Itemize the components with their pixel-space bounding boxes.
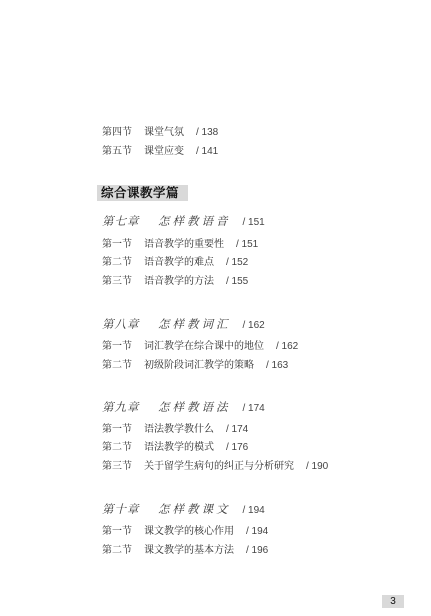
page-ref: / 190 [306, 461, 328, 473]
section-title: 课文教学的基本方法 [144, 545, 234, 557]
page-ref: / 155 [226, 276, 248, 288]
chapter-heading[interactable]: 第十章怎样教课文/ 194 [102, 502, 265, 518]
section-label: 第二节 [102, 442, 144, 454]
section-title: 语音教学的难点 [144, 257, 214, 269]
toc-page: 第四节课堂气氛/ 138 第五节课堂应变/ 141 综合课教学篇 第七章怎样教语… [0, 0, 431, 616]
section-label: 第三节 [102, 276, 144, 288]
chapter-label: 第十章 [102, 502, 158, 516]
section-title: 词汇教学在综合课中的地位 [144, 341, 264, 353]
page-ref: / 138 [196, 127, 218, 139]
section-title: 课文教学的核心作用 [144, 526, 234, 538]
section-label: 第五节 [102, 146, 144, 158]
chapter-title: 怎样教语音 [158, 214, 231, 228]
section-label: 第一节 [102, 424, 144, 436]
section-title: 语法教学教什么 [144, 424, 214, 436]
chapter-heading[interactable]: 第八章怎样教词汇/ 162 [102, 317, 265, 333]
page-ref: / 152 [226, 257, 248, 269]
part-header: 综合课教学篇 [97, 185, 188, 201]
section-title: 关于留学生病句的纠正与分析研究 [144, 461, 294, 473]
section-label: 第一节 [102, 239, 144, 251]
page-ref: / 194 [243, 504, 265, 518]
toc-entry[interactable]: 第二节初级阶段词汇教学的策略/ 163 [102, 360, 288, 372]
page-ref: / 174 [226, 424, 248, 436]
chapter-label: 第九章 [102, 400, 158, 414]
toc-entry[interactable]: 第二节课文教学的基本方法/ 196 [102, 545, 268, 557]
section-title: 语音教学的重要性 [144, 239, 224, 251]
toc-entry[interactable]: 第四节课堂气氛/ 138 [102, 127, 218, 139]
section-label: 第二节 [102, 545, 144, 557]
page-number: 3 [382, 595, 404, 608]
page-ref: / 176 [226, 442, 248, 454]
section-title: 课堂气氛 [144, 127, 184, 139]
chapter-heading[interactable]: 第九章怎样教语法/ 174 [102, 400, 265, 416]
page-ref: / 151 [243, 216, 265, 230]
chapter-title: 怎样教课文 [158, 502, 231, 516]
page-ref: / 196 [246, 545, 268, 557]
toc-entry[interactable]: 第一节语法教学教什么/ 174 [102, 424, 248, 436]
section-label: 第四节 [102, 127, 144, 139]
section-label: 第一节 [102, 341, 144, 353]
toc-entry[interactable]: 第三节语音教学的方法/ 155 [102, 276, 248, 288]
section-label: 第一节 [102, 526, 144, 538]
section-title: 语法教学的模式 [144, 442, 214, 454]
page-ref: / 141 [196, 146, 218, 158]
chapter-title: 怎样教语法 [158, 400, 231, 414]
chapter-heading[interactable]: 第七章怎样教语音/ 151 [102, 214, 265, 230]
section-label: 第二节 [102, 257, 144, 269]
chapter-label: 第七章 [102, 214, 158, 228]
page-ref: / 162 [243, 319, 265, 333]
toc-entry[interactable]: 第一节语音教学的重要性/ 151 [102, 239, 258, 251]
toc-entry[interactable]: 第三节关于留学生病句的纠正与分析研究/ 190 [102, 461, 328, 473]
section-title: 语音教学的方法 [144, 276, 214, 288]
page-ref: / 174 [243, 402, 265, 416]
chapter-label: 第八章 [102, 317, 158, 331]
chapter-title: 怎样教词汇 [158, 317, 231, 331]
toc-entry[interactable]: 第二节语音教学的难点/ 152 [102, 257, 248, 269]
section-title: 初级阶段词汇教学的策略 [144, 360, 254, 372]
page-ref: / 151 [236, 239, 258, 251]
page-ref: / 162 [276, 341, 298, 353]
toc-entry[interactable]: 第五节课堂应变/ 141 [102, 146, 218, 158]
page-ref: / 163 [266, 360, 288, 372]
toc-entry[interactable]: 第一节词汇教学在综合课中的地位/ 162 [102, 341, 298, 353]
page-ref: / 194 [246, 526, 268, 538]
section-title: 课堂应变 [144, 146, 184, 158]
section-label: 第二节 [102, 360, 144, 372]
toc-entry[interactable]: 第一节课文教学的核心作用/ 194 [102, 526, 268, 538]
section-label: 第三节 [102, 461, 144, 473]
toc-entry[interactable]: 第二节语法教学的模式/ 176 [102, 442, 248, 454]
